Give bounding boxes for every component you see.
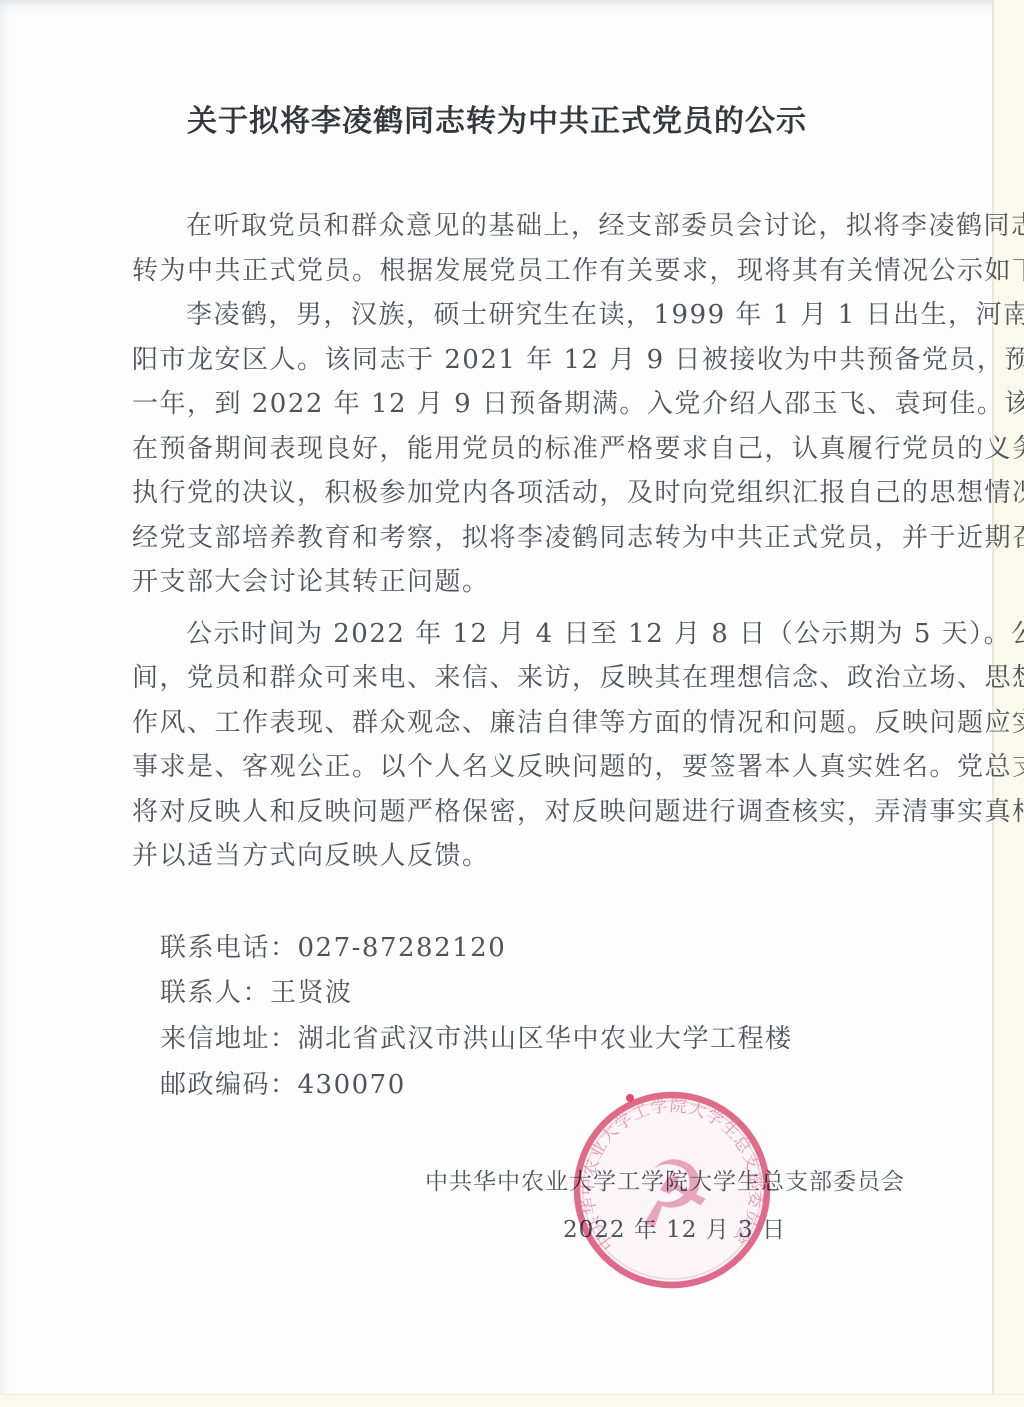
- official-seal-graphic: 中共华中农业大学工学院大学生总支部委员会 ☭: [568, 1086, 776, 1294]
- paragraph-2-line-7: 开支部大会讨论其转正问题。: [132, 560, 922, 605]
- contact-postcode: 邮政编码：430070: [160, 1063, 922, 1109]
- paragraph-2-line-4: 在预备期间表现良好，能用党员的标准严格要求自己，认真履行党员的义务，: [132, 427, 922, 472]
- seal-ink-dot: [626, 1094, 634, 1102]
- scanned-document-page: 关于拟将李凌鹤同志转为中共正式党员的公示 在听取党员和群众意见的基础上，经支部委…: [0, 0, 1024, 1407]
- paragraph-3-line-5: 将对反映人和反映问题严格保密，对反映问题进行调查核实，弄清事实真相，: [132, 790, 922, 835]
- paragraph-2-line-1: 李凌鹤，男，汉族，硕士研究生在读，1999 年 1 月 1 日出生，河南省安: [132, 293, 922, 338]
- paragraph-1-line-1: 在听取党员和群众意见的基础上，经支部委员会讨论，拟将李凌鹤同志: [132, 204, 922, 249]
- contact-phone: 联系电话：027-87282120: [160, 926, 922, 972]
- paragraph-2-line-2: 阳市龙安区人。该同志于 2021 年 12 月 9 日被接收为中共预备党员，预备…: [132, 338, 922, 383]
- scan-edge-bottom: [0, 1394, 1024, 1407]
- contact-block: 联系电话：027-87282120 联系人：王贤波 来信地址：湖北省武汉市洪山区…: [132, 926, 922, 1109]
- paragraph-3-line-3: 作风、工作表现、群众观念、廉洁自律等方面的情况和问题。反映问题应实: [132, 701, 922, 746]
- paragraph-3-line-2: 间，党员和群众可来电、来信、来访，反映其在理想信念、政治立场、思想: [132, 656, 922, 701]
- document-title: 关于拟将李凌鹤同志转为中共正式党员的公示: [0, 96, 994, 140]
- paragraph-2: 李凌鹤，男，汉族，硕士研究生在读，1999 年 1 月 1 日出生，河南省安 阳…: [132, 293, 922, 605]
- official-seal: 中共华中农业大学工学院大学生总支部委员会 ☭: [568, 1086, 776, 1294]
- contact-person: 联系人：王贤波: [160, 971, 922, 1017]
- document-body: 在听取党员和群众意见的基础上，经支部委员会讨论，拟将李凌鹤同志 转为中共正式党员…: [132, 204, 922, 1109]
- scan-edge-top: [0, 0, 1024, 16]
- paragraph-3-line-6: 并以适当方式向反映人反馈。: [132, 834, 922, 879]
- contact-address: 来信地址：湖北省武汉市洪山区华中农业大学工程楼: [160, 1017, 922, 1063]
- paragraph-1: 在听取党员和群众意见的基础上，经支部委员会讨论，拟将李凌鹤同志 转为中共正式党员…: [132, 204, 922, 293]
- paragraph-2-line-6: 经党支部培养教育和考察，拟将李凌鹤同志转为中共正式党员，并于近期召: [132, 516, 922, 561]
- paragraph-3-line-1: 公示时间为 2022 年 12 月 4 日至 12 月 8 日（公示期为 5 天…: [132, 612, 922, 657]
- paragraph-1-line-2: 转为中共正式党员。根据发展党员工作有关要求，现将其有关情况公示如下：: [132, 249, 922, 294]
- scan-edge-left: [0, 0, 10, 1407]
- paragraph-3-line-4: 事求是、客观公正。以个人名义反映问题的，要签署本人真实姓名。党总支: [132, 745, 922, 790]
- paragraph-2-line-3: 一年，到 2022 年 12 月 9 日预备期满。入党介绍人邵玉飞、袁珂佳。该同…: [132, 382, 922, 427]
- paragraph-3: 公示时间为 2022 年 12 月 4 日至 12 月 8 日（公示期为 5 天…: [132, 612, 922, 879]
- paragraph-2-line-5: 执行党的决议，积极参加党内各项活动，及时向党组织汇报自己的思想情况。: [132, 471, 922, 516]
